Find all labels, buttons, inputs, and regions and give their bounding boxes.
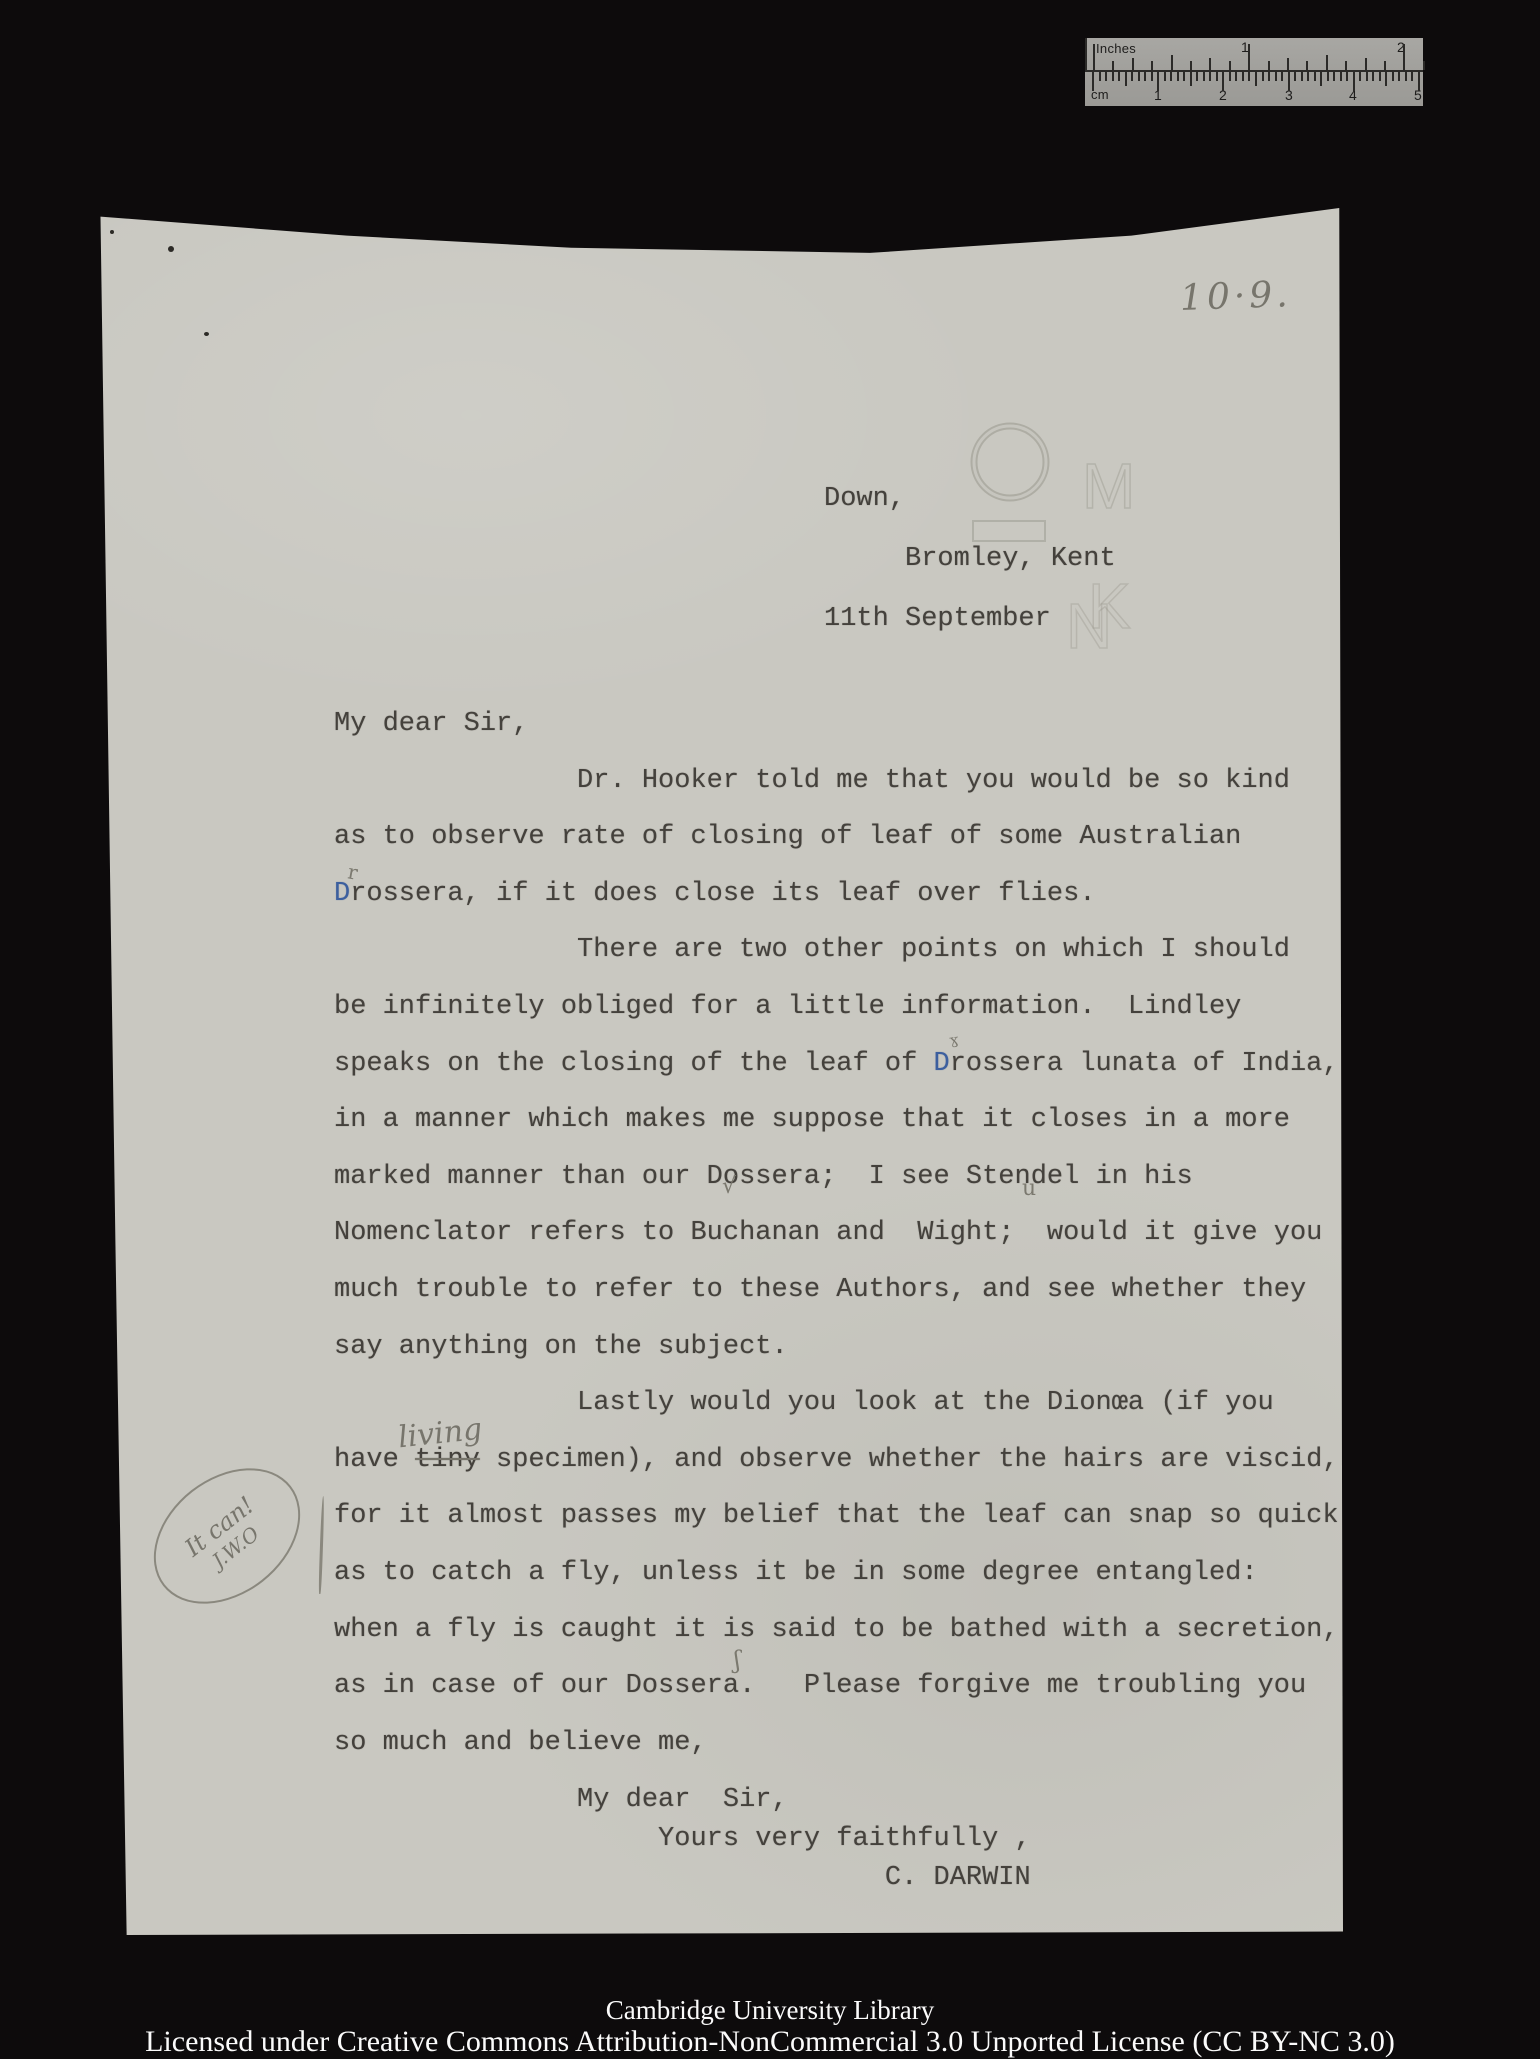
typed-line: C. DARWIN xyxy=(334,1859,1031,1898)
typed-line: There are two other points on which I sh… xyxy=(334,922,1339,979)
typed-line: as to catch a fly, unless it be in some … xyxy=(334,1545,1339,1602)
typed-segment: Down, xyxy=(824,484,905,514)
ruler-tick xyxy=(1385,72,1387,86)
ruler-tick xyxy=(1281,72,1283,81)
ruler-tick xyxy=(1333,72,1335,81)
ruler-tick xyxy=(1287,58,1289,70)
typed-segment: My dear Sir, xyxy=(334,1785,788,1815)
ruler-tick xyxy=(1112,61,1114,70)
ruler-tick xyxy=(1157,72,1159,91)
ruler-tick xyxy=(1268,61,1270,70)
typed-line: be infinitely obliged for a little infor… xyxy=(334,979,1339,1036)
typed-segment-blue: D xyxy=(934,1049,950,1079)
typed-line: Lastly would you look at the Dionœa (if … xyxy=(334,1375,1339,1432)
ruler-tick xyxy=(1403,44,1405,70)
pencil-mark-s: ʃ xyxy=(734,1646,741,1674)
typed-segment: There are two other points on which I sh… xyxy=(334,935,1290,965)
typed-segment: as to catch a fly, unless it be in some … xyxy=(334,1558,1258,1588)
ruler-cm-row: cm 1 2 3 4 5 xyxy=(1085,72,1423,104)
typed-segment: Yours very faithfully , xyxy=(334,1824,1031,1854)
typed-line: Dr. Hooker told me that you would be so … xyxy=(334,753,1339,810)
ruler-tick xyxy=(1365,58,1367,70)
letter-page: M K N 10·9. Down, Bromley, Kent11th Sept… xyxy=(98,208,1343,1935)
typed-line: Nomenclator refers to Buchanan and Wight… xyxy=(334,1205,1339,1262)
margin-oval-note: It can! J.W.O xyxy=(127,1440,326,1631)
pencil-margin-bracket xyxy=(318,1496,324,1594)
ruler-tick xyxy=(1196,72,1198,81)
ruler-tick xyxy=(1112,72,1114,81)
pencil-mark-u: u xyxy=(1022,1176,1036,1201)
typed-segment: for it almost passes my belief that the … xyxy=(334,1501,1339,1531)
typed-line: for it almost passes my belief that the … xyxy=(334,1488,1339,1545)
ruler-tick xyxy=(1190,72,1192,86)
ruler-inches-label: Inches xyxy=(1096,41,1136,56)
ruler-tick xyxy=(1151,72,1153,81)
typed-segment: be infinitely obliged for a little infor… xyxy=(334,992,1241,1022)
ruler-tick xyxy=(1379,72,1381,81)
ruler-tick xyxy=(1359,72,1361,81)
ruler-tick xyxy=(1093,44,1095,70)
typed-segment: Nomenclator refers to Buchanan and Wight… xyxy=(334,1218,1322,1248)
typed-segment: rossera lunata of India, xyxy=(950,1049,1339,1079)
ruler-tick xyxy=(1164,72,1166,81)
ruler-tick xyxy=(1340,72,1342,81)
ruler-tick xyxy=(1105,72,1107,81)
ruler-tick xyxy=(1118,72,1120,81)
scanned-letter-view: Inches 1 2 cm 1 2 3 4 5 M K N 10·9. Down… xyxy=(0,0,1540,2059)
ruler-inches-row: Inches 1 2 xyxy=(1085,38,1425,70)
ruler-tick xyxy=(1203,72,1205,81)
ruler-tick xyxy=(1209,72,1211,81)
typed-segment: in a manner which makes me suppose that … xyxy=(334,1105,1290,1135)
ruler-tick xyxy=(1307,72,1309,81)
typed-line: say anything on the subject. xyxy=(334,1319,1339,1376)
typed-line: 11th September xyxy=(824,589,1116,649)
typed-segment: 11th September xyxy=(824,604,1051,634)
ink-speck xyxy=(168,246,174,252)
typed-segment: marked manner than our Dossera; I see St… xyxy=(334,1162,1193,1192)
typed-segment: when a fly is caught it is said to be ba… xyxy=(334,1615,1339,1645)
ruler-tick xyxy=(1384,61,1386,70)
typed-segment: Dr. Hooker told me that you would be so … xyxy=(334,766,1290,796)
license-text: Licensed under Creative Commons Attribut… xyxy=(0,2026,1540,2057)
ruler-tick xyxy=(1092,72,1094,91)
ruler-tick xyxy=(1099,72,1101,81)
ruler-tick xyxy=(1268,72,1270,81)
letter-heading: Down, Bromley, Kent11th September xyxy=(824,469,1116,649)
ruler-tick xyxy=(1138,72,1140,81)
ruler-tick xyxy=(1222,72,1224,91)
typed-segment: as in case of our Dossera. Please forgiv… xyxy=(334,1671,1306,1701)
typed-segment: much trouble to refer to these Authors, … xyxy=(334,1275,1306,1305)
typed-segment: My dear Sir, xyxy=(334,709,528,739)
typed-line: so much and believe me, xyxy=(334,1715,1339,1772)
typed-line: marked manner than our Dossera; I see St… xyxy=(334,1149,1339,1206)
ruler-tick xyxy=(1229,61,1231,70)
ruler-tick xyxy=(1248,72,1250,81)
library-name: Cambridge University Library xyxy=(0,1995,1540,2026)
ruler-tick xyxy=(1171,55,1173,70)
ruler-tick xyxy=(1255,72,1257,86)
ruler-tick xyxy=(1216,72,1218,81)
typed-line: in a manner which makes me suppose that … xyxy=(334,1092,1339,1149)
typed-line: speaks on the closing of the leaf of Dro… xyxy=(334,1036,1339,1093)
ruler-tick xyxy=(1314,72,1316,81)
archive-number-annotation: 10·9. xyxy=(1179,274,1292,319)
ruler-tick xyxy=(1327,72,1329,81)
ink-speck xyxy=(110,230,114,234)
ruler-tick xyxy=(1132,58,1134,70)
typed-segment: speaks on the closing of the leaf of xyxy=(334,1049,934,1079)
ruler-tick xyxy=(1398,72,1400,81)
ruler-tick xyxy=(1346,72,1348,81)
typed-line: have tiny specimen), and observe whether… xyxy=(334,1432,1339,1489)
typed-line: Yours very faithfully , xyxy=(334,1820,1031,1859)
typed-segment: specimen), and observe whether the hairs… xyxy=(480,1445,1339,1475)
letter-closing: My dear Sir, Yours very faithfully , C. … xyxy=(334,1781,1031,1898)
ruler-tick xyxy=(1411,72,1413,81)
typed-line: as in case of our Dossera. Please forgiv… xyxy=(334,1658,1339,1715)
ruler-tick xyxy=(1183,72,1185,81)
ruler-tick xyxy=(1242,72,1244,81)
typed-segment: Bromley, Kent xyxy=(824,544,1116,574)
ruler-tick xyxy=(1372,72,1374,81)
ruler-tick xyxy=(1288,72,1290,91)
ruler-tick xyxy=(1144,72,1146,81)
typed-line: Bromley, Kent xyxy=(824,529,1116,589)
ruler-tick xyxy=(1418,72,1420,91)
typed-segment: as to observe rate of closing of leaf of… xyxy=(334,822,1241,852)
ruler-tick xyxy=(1345,61,1347,70)
ruler-tick xyxy=(1405,72,1407,81)
typed-segment: C. DARWIN xyxy=(334,1863,1031,1893)
ruler-tick xyxy=(1131,72,1133,81)
ruler-tick xyxy=(1229,72,1231,81)
typed-line: much trouble to refer to these Authors, … xyxy=(334,1262,1339,1319)
ruler-tick xyxy=(1209,58,1211,70)
ink-speck xyxy=(204,332,209,336)
ruler-tick xyxy=(1353,72,1355,91)
typed-line: when a fly is caught it is said to be ba… xyxy=(334,1602,1339,1659)
typed-line: as to observe rate of closing of leaf of… xyxy=(334,809,1339,866)
ruler-tick xyxy=(1151,61,1153,70)
ruler-tick xyxy=(1125,72,1127,86)
ruler-tick xyxy=(1320,72,1322,86)
typed-line: My dear Sir, xyxy=(334,696,1339,753)
typed-segment: so much and believe me, xyxy=(334,1728,707,1758)
pencil-check-mark: √ xyxy=(722,1174,736,1199)
ruler-tick xyxy=(1248,44,1250,70)
attribution-footer: Cambridge University Library Licensed un… xyxy=(0,1995,1540,2057)
ruler-tick xyxy=(1326,55,1328,70)
ruler-tick xyxy=(1275,72,1277,81)
ruler-tick xyxy=(1366,72,1368,81)
ruler-tick xyxy=(1177,72,1179,81)
ruler-tick xyxy=(1235,72,1237,81)
typed-line: My dear Sir, xyxy=(334,1781,1031,1820)
typed-segment: say anything on the subject. xyxy=(334,1332,788,1362)
ruler-tick xyxy=(1170,72,1172,81)
typed-line: Drossera, if it does close its leaf over… xyxy=(334,866,1339,923)
ruler-tick xyxy=(1392,72,1394,81)
typed-segment: rossera, if it does close its leaf over … xyxy=(350,879,1095,909)
ruler-tick xyxy=(1294,72,1296,81)
ruler-tick xyxy=(1423,61,1425,70)
typed-body: My dear Sir, Dr. Hooker told me that you… xyxy=(334,696,1339,1771)
typed-line: Down, xyxy=(824,469,1116,529)
ruler-tick xyxy=(1190,61,1192,70)
ruler-tick xyxy=(1306,61,1308,70)
ruler-tick xyxy=(1301,72,1303,81)
ruler-tick xyxy=(1262,72,1264,81)
measurement-ruler: Inches 1 2 cm 1 2 3 4 5 xyxy=(1085,38,1423,106)
